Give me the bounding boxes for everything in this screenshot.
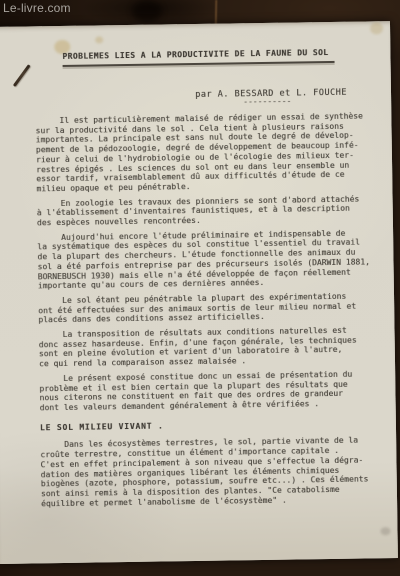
foxing-stain (95, 36, 103, 43)
foxing-stain (370, 22, 383, 34)
paragraph: Il est particulièrement malaisé de rédig… (35, 111, 384, 194)
document-page: PROBLEMES LIES A LA PRODUCTIVITE DE LA F… (0, 21, 398, 564)
staple-mark (13, 64, 30, 87)
paragraph: La transposition de résultats aux condit… (39, 325, 388, 369)
paragraph: Aujourd'hui encore l'étude préliminaire … (37, 228, 386, 291)
document-body: Il est particulièrement malaisé de rédig… (35, 111, 389, 513)
photo-of-document: Le-livre.com PROBLEMES LIES A LA PRODUCT… (0, 0, 400, 576)
title-underline (63, 61, 335, 67)
smudge-mark (380, 527, 390, 535)
section-heading: LE SOL MILIEU VIVANT . (40, 418, 388, 433)
byline-underline: ---------- (243, 96, 303, 106)
seller-watermark: Le-livre.com (3, 1, 71, 15)
paragraph: Le sol étant peu pénétrable la plupart d… (38, 291, 386, 325)
paragraph: En zoologie les travaux des pionniers se… (37, 194, 385, 228)
paragraph: Le présent exposé constitue donc un essa… (39, 369, 388, 413)
paragraph: Dans les écosystèmes terrestres, le sol,… (40, 436, 389, 509)
backdrop-shadow-blob (132, 0, 162, 22)
document-title: PROBLEMES LIES A LA PRODUCTIVITE DE LA F… (50, 48, 340, 61)
